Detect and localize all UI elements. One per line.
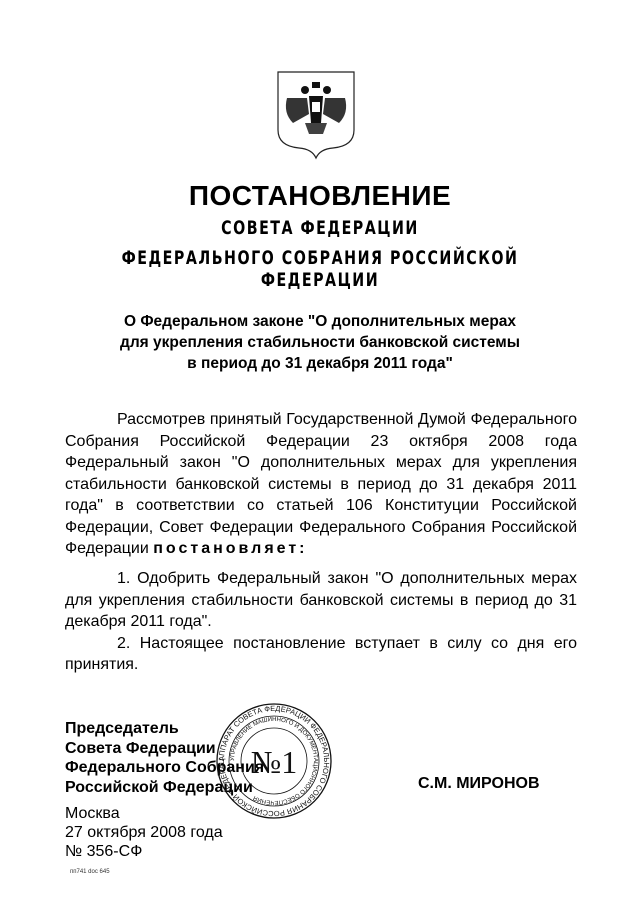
subject-heading: О Федеральном законе "О дополнительных м… [80, 311, 560, 374]
document-title: ПОСТАНОВЛЕНИЕ [0, 180, 640, 212]
preamble-paragraph: Рассмотрев принятый Государственной Думо… [65, 409, 577, 560]
document-number: № 356-СФ [65, 842, 223, 861]
official-seal-stamp: АППАРАТ СОВЕТА ФЕДЕРАЦИИ ФЕДЕРАЛЬНОГО СО… [214, 701, 334, 821]
signatory-name: С.М. МИРОНОВ [418, 775, 540, 793]
place-date-number: Москва 27 октября 2008 года № 356-СФ [65, 804, 223, 861]
date: 27 октября 2008 года [65, 823, 223, 842]
svg-text:№1: №1 [251, 744, 298, 780]
city: Москва [65, 804, 223, 823]
file-reference: пп741 doc 645 [70, 869, 110, 875]
issuer-line-1: СОВЕТА ФЕДЕРАЦИИ [80, 217, 560, 239]
item-1: 1. Одобрить Федеральный закон "О дополни… [65, 568, 577, 633]
resolves-word: постановляет: [153, 540, 307, 557]
issuer-line-2: ФЕДЕРАЛЬНОГО СОБРАНИЯ РОССИЙСКОЙ ФЕДЕРАЦ… [80, 247, 560, 291]
resolution-items: 1. Одобрить Федеральный закон "О дополни… [65, 568, 577, 676]
russian-coat-of-arms-icon [275, 68, 357, 160]
item-2: 2. Настоящее постановление вступает в си… [65, 633, 577, 676]
